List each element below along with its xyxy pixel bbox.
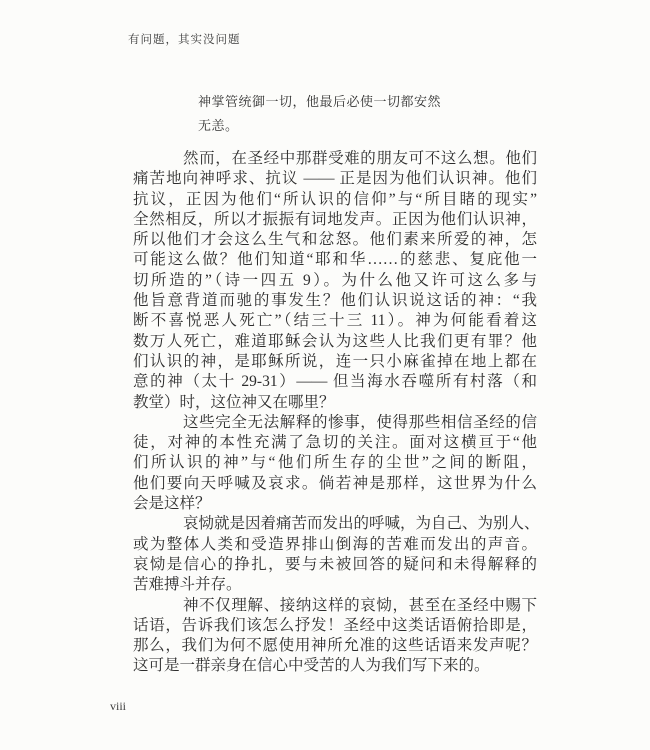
text-line: 这些完全无法解释的惨事，使得那些相信圣经的信 bbox=[133, 413, 537, 433]
page-number: viii bbox=[110, 699, 126, 714]
text-line: 徒，对神的本性充满了急切的关注。面对这横亘于“他 bbox=[133, 433, 537, 453]
epigraph-quote: 神掌管统御一切，他最后必使一切都安然无恙。 bbox=[198, 90, 498, 138]
text-line: 他们要向天呼喊及哀求。倘若神是那样，这世界为什么 bbox=[133, 474, 537, 494]
text-line: 哀恸是信心的挣扎，要与未被回答的疑问和未得解释的 bbox=[133, 555, 537, 575]
text-line: 们所认识的神”与“他们所生存的尘世”之间的断阻， bbox=[133, 453, 537, 473]
text-line: 可能这么做？他们知道“耶和华……的慈悲、复庇他一 bbox=[133, 250, 537, 270]
text-line: 神不仅理解、接纳这样的哀恸，甚至在圣经中赐下 bbox=[133, 596, 537, 616]
quote-line: 无恙。 bbox=[198, 114, 498, 138]
text-line: 教堂）时，这位神又在哪里？ bbox=[133, 393, 537, 413]
text-line: 苦难搏斗并存。 bbox=[133, 575, 537, 595]
text-line: 痛苦地向神呼求、抗议 —— 正是因为他们认识神。他们 bbox=[133, 169, 537, 189]
text-line: 这可是一群亲身在信心中受苦的人为我们写下来的。 bbox=[133, 656, 537, 676]
text-line: 或为整体人类和受造界排山倒海的苦难而发出的声音。 bbox=[133, 535, 537, 555]
text-line: 意的神（太十 29-31）—— 但当海水吞噬所有村落（和 bbox=[133, 372, 537, 392]
text-line: 数万人死亡，难道耶稣会认为这些人比我们更有罪？他 bbox=[133, 332, 537, 352]
text-line: 抗议，正因为他们“所认识的信仰”与“所目睹的现实” bbox=[133, 190, 537, 210]
text-line: 哀恸就是因着痛苦而发出的呼喊，为自己、为别人、 bbox=[133, 514, 537, 534]
text-line: 断不喜悦恶人死亡”（结三十三 11）。神为何能看着这 bbox=[133, 311, 537, 331]
text-line: 会是这样？ bbox=[133, 494, 537, 514]
text-line: 那么，我们为何不愿使用神所允准的这些话语来发声呢？ bbox=[133, 636, 537, 656]
text-line: 话语，告诉我们该怎么抒发！圣经中这类话语俯拾即是， bbox=[133, 616, 537, 636]
text-line: 然而，在圣经中那群受难的朋友可不这么想。他们 bbox=[133, 149, 537, 169]
body-text: 然而，在圣经中那群受难的朋友可不这么想。他们痛苦地向神呼求、抗议 —— 正是因为… bbox=[133, 149, 537, 677]
text-line: 所以他们才会这么生气和忿怒。他们素来所爱的神，怎 bbox=[133, 230, 537, 250]
text-line: 们认识的神，是耶稣所说，连一只小麻雀掉在地上都在 bbox=[133, 352, 537, 372]
quote-line: 神掌管统御一切，他最后必使一切都安然 bbox=[198, 90, 498, 114]
running-header: 有问题，其实没问题 bbox=[128, 31, 241, 47]
text-line: 他旨意背道而驰的事发生？他们认识说这话的神：“我 bbox=[133, 291, 537, 311]
text-line: 切所造的”（诗一四五 9）。为什么他又许可这么多与 bbox=[133, 271, 537, 291]
text-line: 全然相反，所以才振振有词地发声。正因为他们认识神， bbox=[133, 210, 537, 230]
book-page: 有问题，其实没问题 神掌管统御一切，他最后必使一切都安然无恙。 然而，在圣经中那… bbox=[0, 0, 650, 750]
